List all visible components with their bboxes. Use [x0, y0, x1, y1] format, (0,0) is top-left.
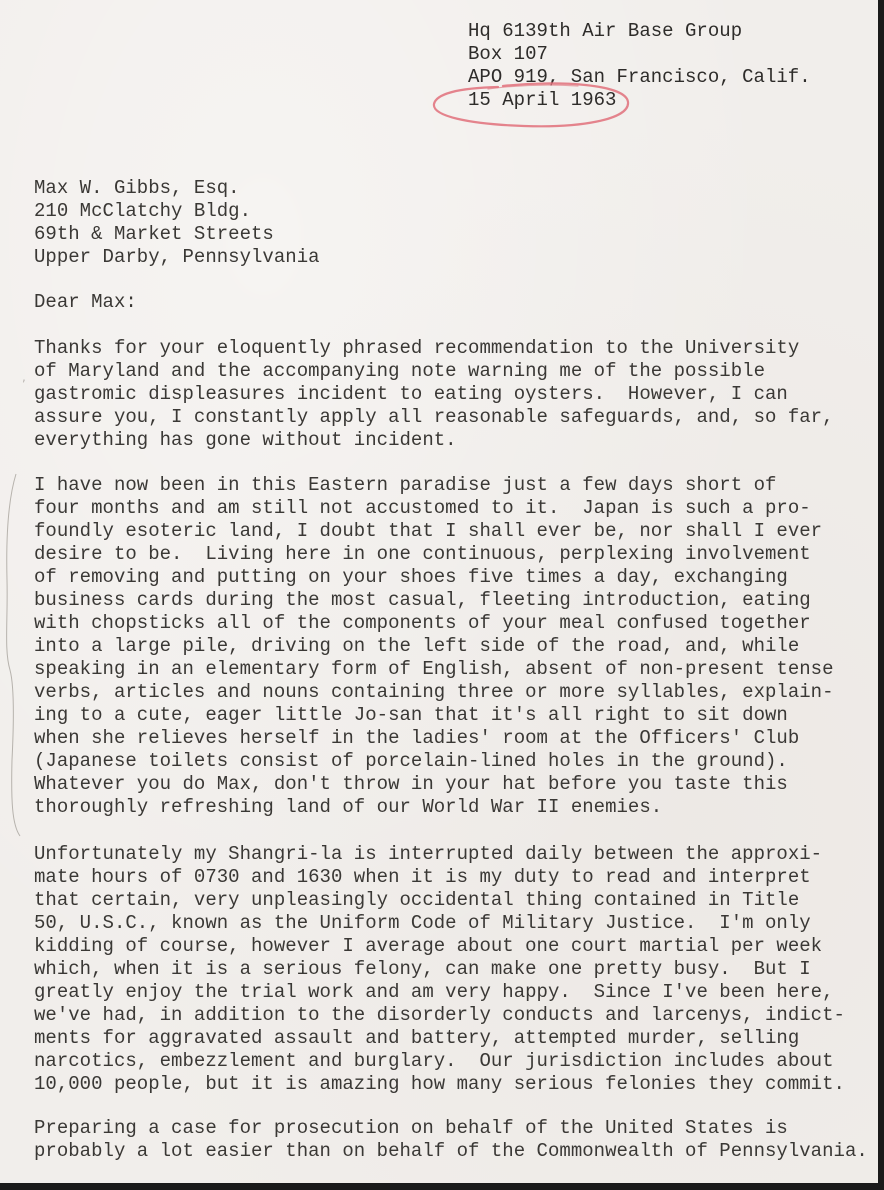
text-line: everything has gone without incident.: [34, 429, 834, 452]
text-line: 10,000 people, but it is amazing how man…: [34, 1073, 845, 1096]
text-line: Unfortunately my Shangri-la is interrupt…: [34, 843, 845, 866]
text-line: Thanks for your eloquently phrased recom…: [34, 337, 834, 360]
recipient-name: Max W. Gibbs, Esq.: [34, 177, 320, 200]
sender-address: Hq 6139th Air Base Group Box 107 APO 919…: [468, 20, 811, 112]
paragraph-1: Thanks for your eloquently phrased recom…: [34, 337, 834, 452]
text-line: ments for aggravated assault and battery…: [34, 1027, 845, 1050]
text-line: mate hours of 0730 and 1630 when it is m…: [34, 866, 845, 889]
text-line: we've had, in addition to the disorderly…: [34, 1004, 845, 1027]
text-line: probably a lot easier than on behalf of …: [34, 1140, 868, 1163]
text-line: I have now been in this Eastern paradise…: [34, 474, 834, 497]
text-line: ing to a cute, eager little Jo-san that …: [34, 704, 834, 727]
sender-box: Box 107: [468, 43, 811, 66]
paragraph-2: I have now been in this Eastern paradise…: [34, 474, 834, 819]
text-line: four months and am still not accustomed …: [34, 497, 834, 520]
text-line: 50, U.S.C., known as the Uniform Code of…: [34, 912, 845, 935]
text-line: foundly esoteric land, I doubt that I sh…: [34, 520, 834, 543]
text-line: of removing and putting on your shoes fi…: [34, 566, 834, 589]
paragraph-4: Preparing a case for prosecution on beha…: [34, 1117, 868, 1163]
recipient-building: 210 McClatchy Bldg.: [34, 200, 320, 223]
text-line: thoroughly refreshing land of our World …: [34, 796, 834, 819]
text-line: Preparing a case for prosecution on beha…: [34, 1117, 868, 1140]
salutation: Dear Max:: [34, 291, 137, 314]
letter-page: Hq 6139th Air Base Group Box 107 APO 919…: [0, 0, 878, 1183]
pencil-bracket-annotation: [2, 470, 22, 840]
text-line: when she relieves herself in the ladies'…: [34, 727, 834, 750]
sender-unit: Hq 6139th Air Base Group: [468, 20, 811, 43]
text-line: of Maryland and the accompanying note wa…: [34, 360, 834, 383]
text-line: (Japanese toilets consist of porcelain-l…: [34, 750, 834, 773]
text-line: which, when it is a serious felony, can …: [34, 958, 845, 981]
text-line: kidding of course, however I average abo…: [34, 935, 845, 958]
margin-pencil-mark: ,: [22, 370, 26, 384]
text-line: speaking in an elementary form of Englis…: [34, 658, 834, 681]
text-line: into a large pile, driving on the left s…: [34, 635, 834, 658]
text-line: greatly enjoy the trial work and am very…: [34, 981, 845, 1004]
recipient-address: Max W. Gibbs, Esq. 210 McClatchy Bldg. 6…: [34, 177, 320, 269]
sender-city: APO 919, San Francisco, Calif.: [468, 66, 811, 89]
recipient-city: Upper Darby, Pennsylvania: [34, 246, 320, 269]
text-line: with chopsticks all of the components of…: [34, 612, 834, 635]
text-line: gastromic displeasures incident to eatin…: [34, 383, 834, 406]
text-line: desire to be. Living here in one continu…: [34, 543, 834, 566]
text-line: that certain, very unpleasingly occident…: [34, 889, 845, 912]
text-line: business cards during the most casual, f…: [34, 589, 834, 612]
paragraph-3: Unfortunately my Shangri-la is interrupt…: [34, 843, 845, 1096]
recipient-street: 69th & Market Streets: [34, 223, 320, 246]
text-line: assure you, I constantly apply all reaso…: [34, 406, 834, 429]
letter-date: 15 April 1963: [468, 89, 811, 112]
text-line: verbs, articles and nouns containing thr…: [34, 681, 834, 704]
text-line: Whatever you do Max, don't throw in your…: [34, 773, 834, 796]
text-line: narcotics, embezzlement and burglary. Ou…: [34, 1050, 845, 1073]
